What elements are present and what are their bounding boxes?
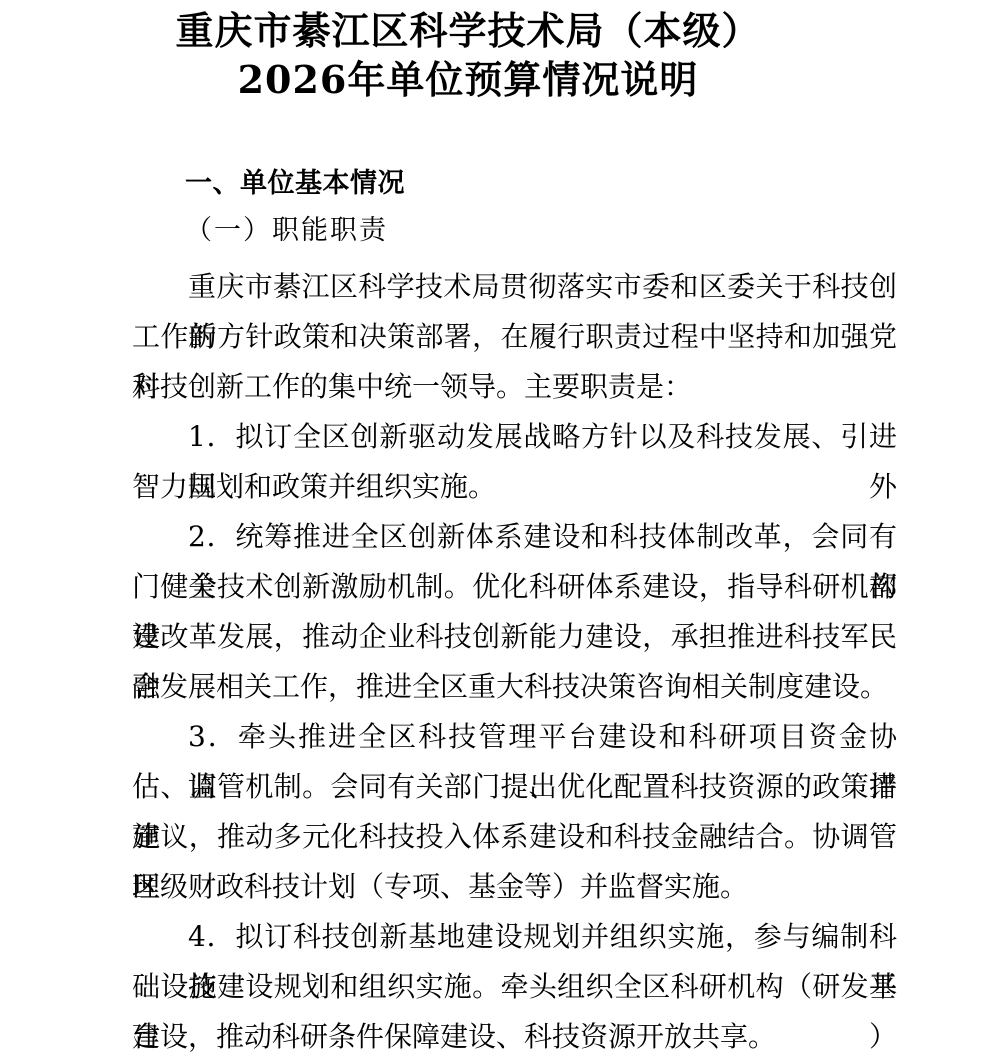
body-line: 估、监管机制。会同有关部门提出优化配置科技资源的政策措施 [132, 762, 897, 812]
document-title: 重庆市綦江区科学技术局（本级） 2026年单位预算情况说明 [0, 6, 936, 104]
body-line: 1．拟订全区创新驱动发展战略方针以及科技发展、引进国外 [132, 412, 897, 462]
body-text: 重庆市綦江区科学技术局贯彻落实市委和区委关于科技创新 工作的方针政策和决策部署，… [132, 262, 897, 1062]
body-line: 建议，推动多元化科技投入体系建设和科技金融结合。协调管理 [132, 812, 897, 862]
body-line: 工作的方针政策和决策部署，在履行职责过程中坚持和加强党对 [132, 312, 897, 362]
body-line: 设改革发展，推动企业科技创新能力建设，承担推进科技军民融 [132, 612, 897, 662]
body-line: 重庆市綦江区科学技术局贯彻落实市委和区委关于科技创新 [132, 262, 897, 312]
body-line: 础设施建设规划和组织实施。牵头组织全区科研机构（研发平台） [132, 962, 897, 1012]
body-line: 门健全技术创新激励机制。优化科研体系建设，指导科研机构建 [132, 562, 897, 612]
body-line: 4．拟订科技创新基地建设规划并组织实施，参与编制科技基 [132, 912, 897, 962]
body-line: 合发展相关工作，推进全区重大科技决策咨询相关制度建设。 [132, 662, 897, 712]
body-line: 科技创新工作的集中统一领导。主要职责是： [132, 362, 897, 412]
subsection-heading-duties: （一）职能职责 [185, 214, 388, 248]
document-page: 重庆市綦江区科学技术局（本级） 2026年单位预算情况说明 一、单位基本情况 （… [0, 0, 1000, 1063]
document-title-line-2: 2026年单位预算情况说明 [0, 55, 936, 104]
document-title-line-1: 重庆市綦江区科学技术局（本级） [0, 6, 936, 55]
body-line: 2．统筹推进全区创新体系建设和科技体制改革，会同有关部 [132, 512, 897, 562]
section-heading-basic-info: 一、单位基本情况 [185, 168, 405, 200]
body-line: 区级财政科技计划（专项、基金等）并监督实施。 [132, 862, 897, 912]
body-line: 3．牵头推进全区科技管理平台建设和科研项目资金协调、评 [132, 712, 897, 762]
